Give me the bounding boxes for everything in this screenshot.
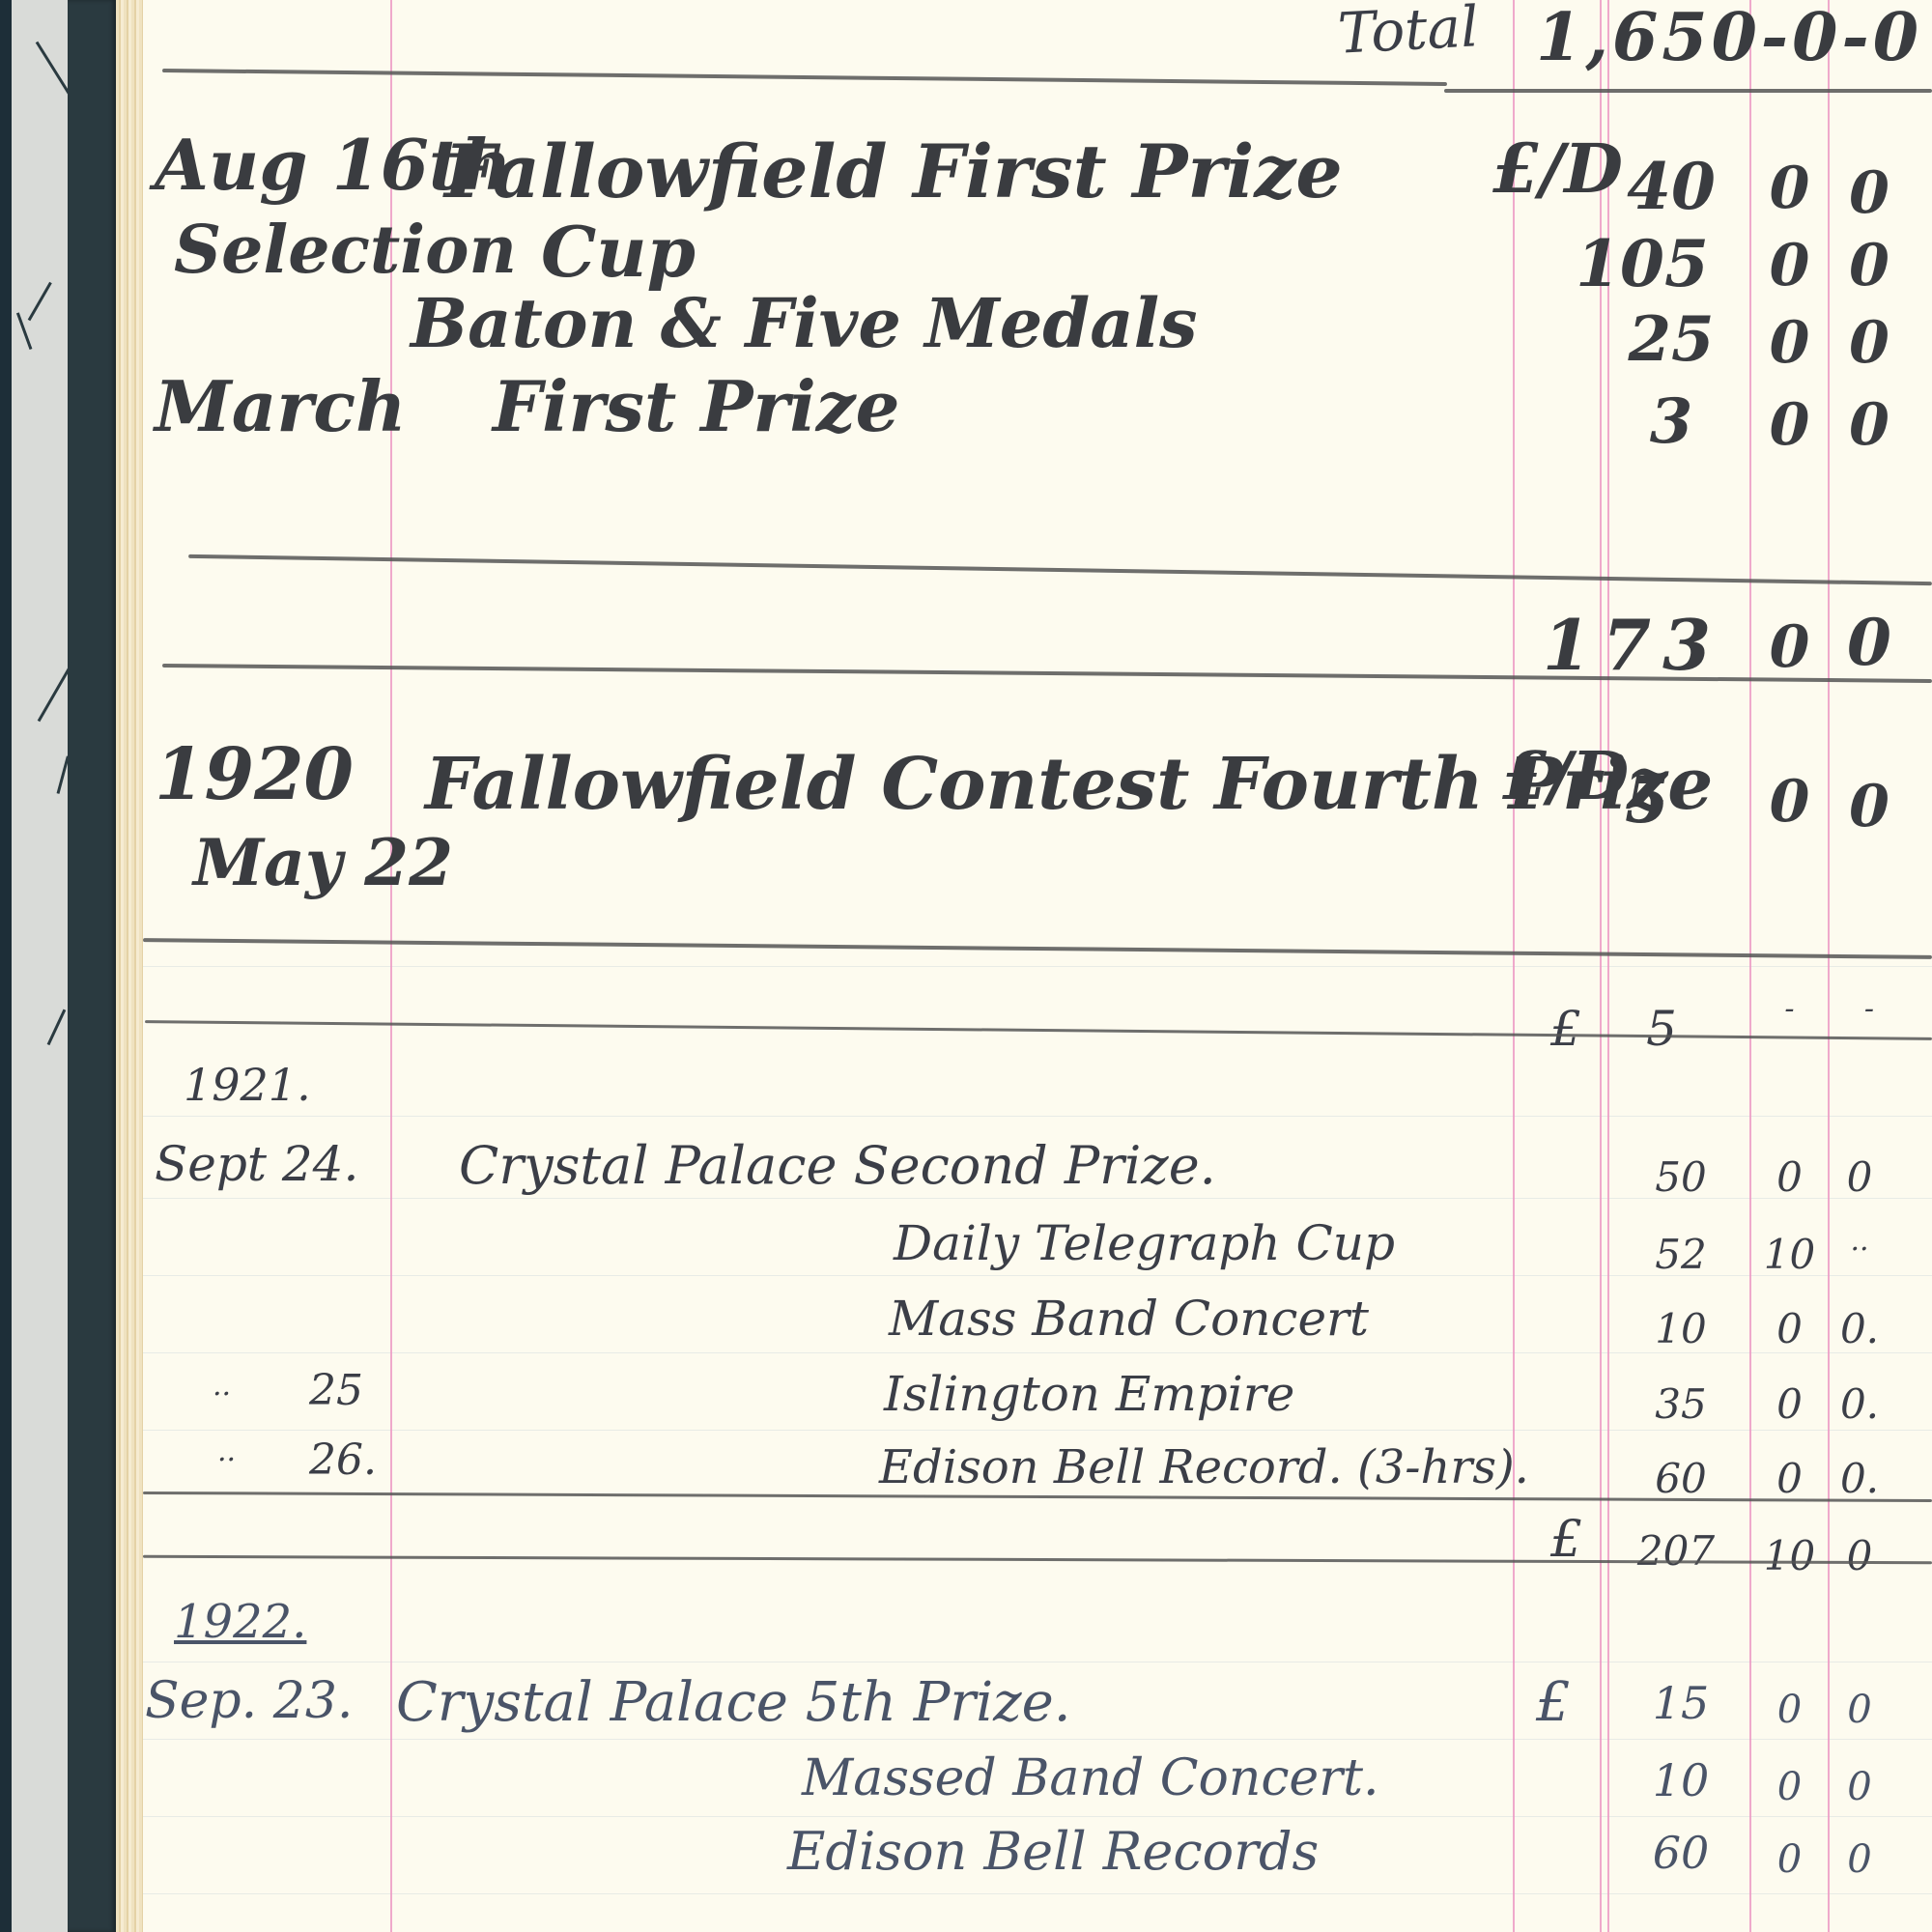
currency-mark: £	[1550, 1005, 1581, 1053]
entry-description: Fallowfield First Prize	[444, 135, 1343, 209]
pence-value: 0	[1831, 1768, 1889, 1806]
shillings-value: 0	[1753, 773, 1826, 831]
pounds-value: 10	[1633, 1758, 1729, 1803]
shillings-value: 0	[1753, 1690, 1826, 1729]
entry-date: 26.	[309, 1439, 377, 1482]
book-spine-cloth	[68, 0, 116, 1932]
entry-year: 1921.	[184, 1063, 311, 1107]
shillings-value: 10	[1753, 1235, 1826, 1275]
entry-description: Cup	[541, 217, 696, 287]
entry-description: Edison Bell Records	[787, 1826, 1319, 1878]
shillings-value: 0	[1753, 237, 1826, 295]
scan-margin	[12, 0, 70, 1932]
entry-description: First Prize	[493, 372, 899, 441]
pence-value: 0	[1831, 314, 1908, 372]
entry-date: March	[155, 372, 406, 441]
entry-description: Mass Band Concert	[889, 1294, 1369, 1343]
ruling-line	[143, 1116, 1932, 1117]
margin-rule	[390, 0, 392, 1932]
pence-value: 0	[1831, 1690, 1889, 1729]
entry-date: 25	[309, 1370, 363, 1412]
subtotal-pounds: 5	[1633, 1005, 1690, 1053]
pence-value: 0	[1831, 1157, 1889, 1198]
subtotal-shillings: -	[1753, 995, 1826, 1024]
total-value: 1,650-0-0	[1536, 5, 1922, 71]
page-block-edge	[116, 0, 143, 1932]
pence-value: 0.	[1831, 1384, 1889, 1425]
column-rule	[1828, 0, 1830, 1932]
ruling-line	[143, 1662, 1932, 1662]
shillings-value: 0	[1753, 396, 1826, 454]
column-rule	[1513, 0, 1515, 1932]
shillings-value: 0	[1753, 159, 1826, 217]
pence-value: 0.	[1831, 1459, 1889, 1499]
entry-year: 1922.	[174, 1599, 306, 1645]
entry-description: Islington Empire	[884, 1370, 1294, 1418]
subtotal-pounds: 207	[1623, 1531, 1729, 1572]
column-rule	[1749, 0, 1751, 1932]
shillings-value: 0	[1753, 1768, 1826, 1806]
shillings-value: 0	[1753, 1309, 1826, 1350]
entry-description: Crystal Palace Second Prize.	[459, 1140, 1216, 1192]
ruling-line	[143, 1893, 1932, 1894]
pence-value: 0.	[1831, 1309, 1889, 1350]
ruling-line	[143, 1739, 1932, 1740]
ditto-mark: ..	[217, 1437, 236, 1466]
ruling-line	[143, 1352, 1932, 1353]
shillings-value: 0	[1753, 1840, 1826, 1879]
pounds-value: 5	[1613, 768, 1681, 832]
pounds-value: 52	[1633, 1235, 1729, 1275]
pounds-value: 60	[1633, 1459, 1729, 1499]
pounds-value: 10	[1633, 1309, 1729, 1350]
entry-description: Edison Bell Record. (3-hrs).	[879, 1444, 1529, 1491]
pounds-value: 3	[1613, 391, 1729, 453]
entry-date: May 22	[193, 831, 453, 895]
entry-year: 1920	[155, 739, 354, 810]
pounds-value: 25	[1613, 309, 1729, 371]
rule-line	[1444, 89, 1932, 93]
ruling-line	[143, 1430, 1932, 1431]
entry-description: Massed Band Concert.	[802, 1753, 1379, 1804]
shillings-value: 0	[1753, 314, 1826, 372]
pence-value: 0	[1831, 237, 1908, 295]
ditto-mark: ..	[213, 1372, 231, 1401]
entry-description: Baton & Five Medals	[411, 290, 1198, 357]
pounds-value: 35	[1633, 1384, 1729, 1425]
pence-value: 0	[1831, 396, 1908, 454]
pounds-value: 40	[1613, 155, 1729, 218]
pounds-value: 15	[1633, 1681, 1729, 1725]
pence-value: ..	[1831, 1227, 1889, 1256]
shillings-value: 0	[1753, 1157, 1826, 1198]
entry-date: Selection	[174, 217, 517, 283]
shillings-value: 0	[1753, 1384, 1826, 1425]
pence-value: 0	[1831, 164, 1908, 222]
pounds-value: 105	[1555, 232, 1729, 296]
currency-mark: £	[1536, 1676, 1571, 1730]
pence-value: 0	[1831, 778, 1908, 836]
subtotal-pence: 0	[1831, 611, 1908, 674]
subtotal-pence: -	[1831, 995, 1908, 1024]
ruling-line	[143, 966, 1932, 967]
currency-mark: £/D	[1492, 135, 1623, 203]
ruling-line	[143, 1816, 1932, 1817]
entry-description: Daily Telegraph Cup	[894, 1219, 1395, 1267]
subtotal-pence: 0	[1831, 1536, 1889, 1577]
entry-date: Sept 24.	[155, 1140, 358, 1188]
subtotal-shillings: 0	[1753, 618, 1826, 676]
total-label: Total	[1337, 0, 1480, 62]
entry-description: Crystal Palace 5th Prize.	[396, 1676, 1071, 1730]
subtotal-shillings: 10	[1753, 1536, 1826, 1577]
shillings-value: 0	[1753, 1459, 1826, 1499]
pounds-value: 50	[1633, 1157, 1729, 1198]
currency-mark: £	[1550, 1515, 1582, 1565]
pounds-value: 60	[1633, 1831, 1729, 1875]
book-cover-edge	[0, 0, 12, 1932]
entry-date: Sep. 23.	[145, 1676, 353, 1726]
pence-value: 0	[1831, 1840, 1889, 1879]
subtotal-pounds: 173	[1536, 611, 1729, 680]
currency-mark: £/D	[1502, 744, 1629, 810]
